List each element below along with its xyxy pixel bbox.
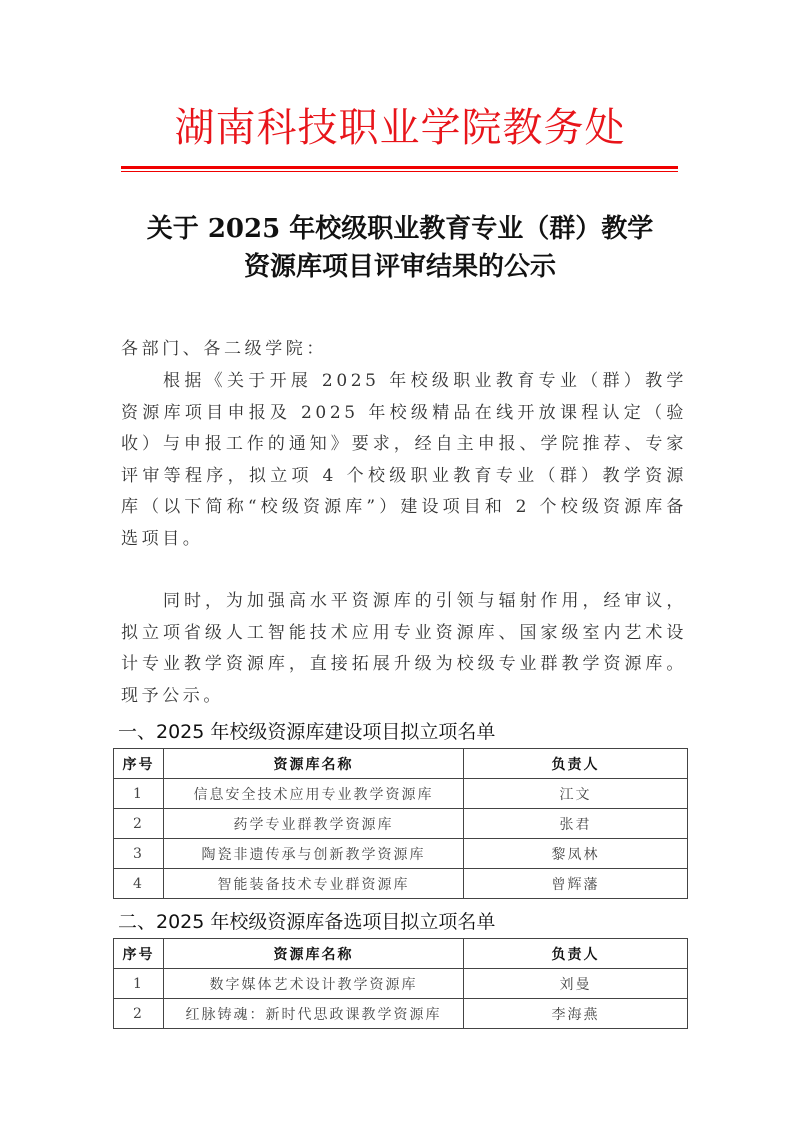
col-header-number: 序号: [114, 939, 164, 969]
cell-name: 信息安全技术应用专业教学资源库: [164, 779, 464, 809]
cell-leader: 曾辉藩: [464, 869, 688, 899]
cell-leader: 李海燕: [464, 999, 688, 1029]
title-line-1: 关于 2025 年校级职业教育专业（群）教学: [0, 210, 800, 248]
cell-number: 1: [114, 779, 164, 809]
col-header-name: 资源库名称: [164, 939, 464, 969]
document-title: 关于 2025 年校级职业教育专业（群）教学 资源库项目评审结果的公示: [0, 210, 800, 286]
cell-leader: 张君: [464, 809, 688, 839]
title-line-2: 资源库项目评审结果的公示: [0, 248, 800, 286]
table-row: 2 红脉铸魂：新时代思政课教学资源库 李海燕: [114, 999, 688, 1029]
cell-number: 3: [114, 839, 164, 869]
table-row: 1 数字媒体艺术设计教学资源库 刘曼: [114, 969, 688, 999]
cell-name: 陶瓷非遗传承与创新教学资源库: [164, 839, 464, 869]
cell-number: 2: [114, 999, 164, 1029]
header-rule-thick: [121, 166, 678, 169]
cell-name: 药学专业群教学资源库: [164, 809, 464, 839]
cell-leader: 刘曼: [464, 969, 688, 999]
cell-number: 4: [114, 869, 164, 899]
section-2-heading: 二、2025 年校级资源库备选项目拟立项名单: [118, 909, 495, 935]
salutation: 各部门、各二级学院：: [121, 334, 687, 366]
col-header-name: 资源库名称: [164, 749, 464, 779]
section-1-heading: 一、2025 年校级资源库建设项目拟立项名单: [118, 719, 495, 745]
table-row: 4 智能装备技术专业群资源库 曾辉藩: [114, 869, 688, 899]
cell-number: 1: [114, 969, 164, 999]
table-header-row: 序号 资源库名称 负责人: [114, 749, 688, 779]
paragraph-2: 同时，为加强高水平资源库的引领与辐射作用，经审议，拟立项省级人工智能技术应用专业…: [121, 586, 687, 712]
cell-name: 智能装备技术专业群资源库: [164, 869, 464, 899]
table-row: 1 信息安全技术应用专业教学资源库 江文: [114, 779, 688, 809]
table-row: 3 陶瓷非遗传承与创新教学资源库 黎凤林: [114, 839, 688, 869]
cell-leader: 黎凤林: [464, 839, 688, 869]
cell-leader: 江文: [464, 779, 688, 809]
col-header-number: 序号: [114, 749, 164, 779]
table-header-row: 序号 资源库名称 负责人: [114, 939, 688, 969]
col-header-leader: 负责人: [464, 749, 688, 779]
organization-header: 湖南科技职业学院教务处: [0, 100, 800, 156]
cell-name: 数字媒体艺术设计教学资源库: [164, 969, 464, 999]
header-rule-thin: [121, 171, 678, 172]
table-row: 2 药学专业群教学资源库 张君: [114, 809, 688, 839]
construction-projects-table: 序号 资源库名称 负责人 1 信息安全技术应用专业教学资源库 江文 2 药学专业…: [113, 748, 688, 899]
cell-name: 红脉铸魂：新时代思政课教学资源库: [164, 999, 464, 1029]
alternate-projects-table: 序号 资源库名称 负责人 1 数字媒体艺术设计教学资源库 刘曼 2 红脉铸魂：新…: [113, 938, 688, 1029]
paragraph-1: 根据《关于开展 2025 年校级职业教育专业（群）教学资源库项目申报及 2025…: [121, 366, 687, 555]
col-header-leader: 负责人: [464, 939, 688, 969]
cell-number: 2: [114, 809, 164, 839]
